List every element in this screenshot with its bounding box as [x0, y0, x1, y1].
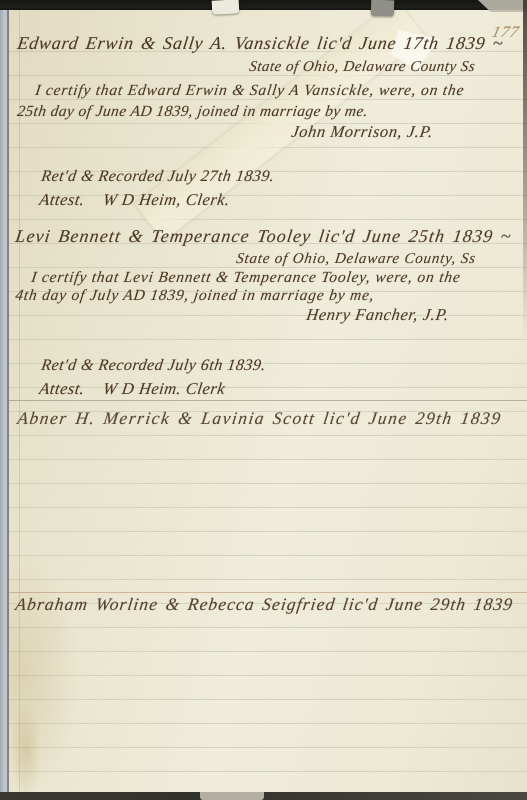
entry2-certify-line2: 4th day of July AD 1839, joined in marri… — [14, 287, 376, 305]
entry2-recorded-line: Ret'd & Recorded July 6th 1839. — [40, 357, 267, 375]
entry1-certify-line1: I certify that Edward Erwin & Sally A Va… — [34, 82, 465, 100]
entry1-state-county-line: State of Ohio, Delaware County Ss — [248, 59, 476, 76]
paper-stain — [11, 700, 41, 800]
ledger-paper — [9, 10, 527, 792]
entry2-state-county-line: State of Ohio, Delaware County, Ss — [235, 251, 477, 268]
page-gutter-edge — [0, 0, 9, 800]
section-rule-red — [9, 592, 527, 593]
paper-tab-white — [212, 0, 240, 15]
entry1-certify-line2: 25th day of June AD 1839, joined in marr… — [16, 103, 369, 121]
entry2-couple-license-line: Levi Bennett & Temperance Tooley lic'd J… — [14, 226, 513, 247]
page-right-edge-shadow — [523, 0, 527, 340]
entry1-couple-license-line: Edward Erwin & Sally A. Vansickle lic'd … — [16, 33, 505, 54]
paper-tab-gray — [371, 0, 395, 16]
entry2-officiant-signature: Henry Fancher, J.P. — [305, 305, 450, 325]
entry1-officiant-signature: John Morrison, J.P. — [290, 122, 435, 142]
entry3-couple-license-line: Abner H. Merrick & Lavinia Scott lic'd J… — [16, 408, 503, 429]
binding-band-top — [0, 0, 527, 10]
entry1-recorded-line: Ret'd & Recorded July 27th 1839. — [40, 168, 276, 186]
entry1-attest-line: Attest. W D Heim, Clerk. — [38, 190, 231, 210]
section-rule — [9, 400, 527, 401]
entry2-attest-line: Attest. W D Heim. Clerk — [38, 379, 227, 399]
entry2-certify-line1: I certify that Levi Bennett & Temperance… — [30, 269, 462, 287]
bottom-edge-notch — [200, 792, 264, 800]
entry4-couple-license-line: Abraham Worline & Rebecca Seigfried lic'… — [14, 594, 515, 615]
